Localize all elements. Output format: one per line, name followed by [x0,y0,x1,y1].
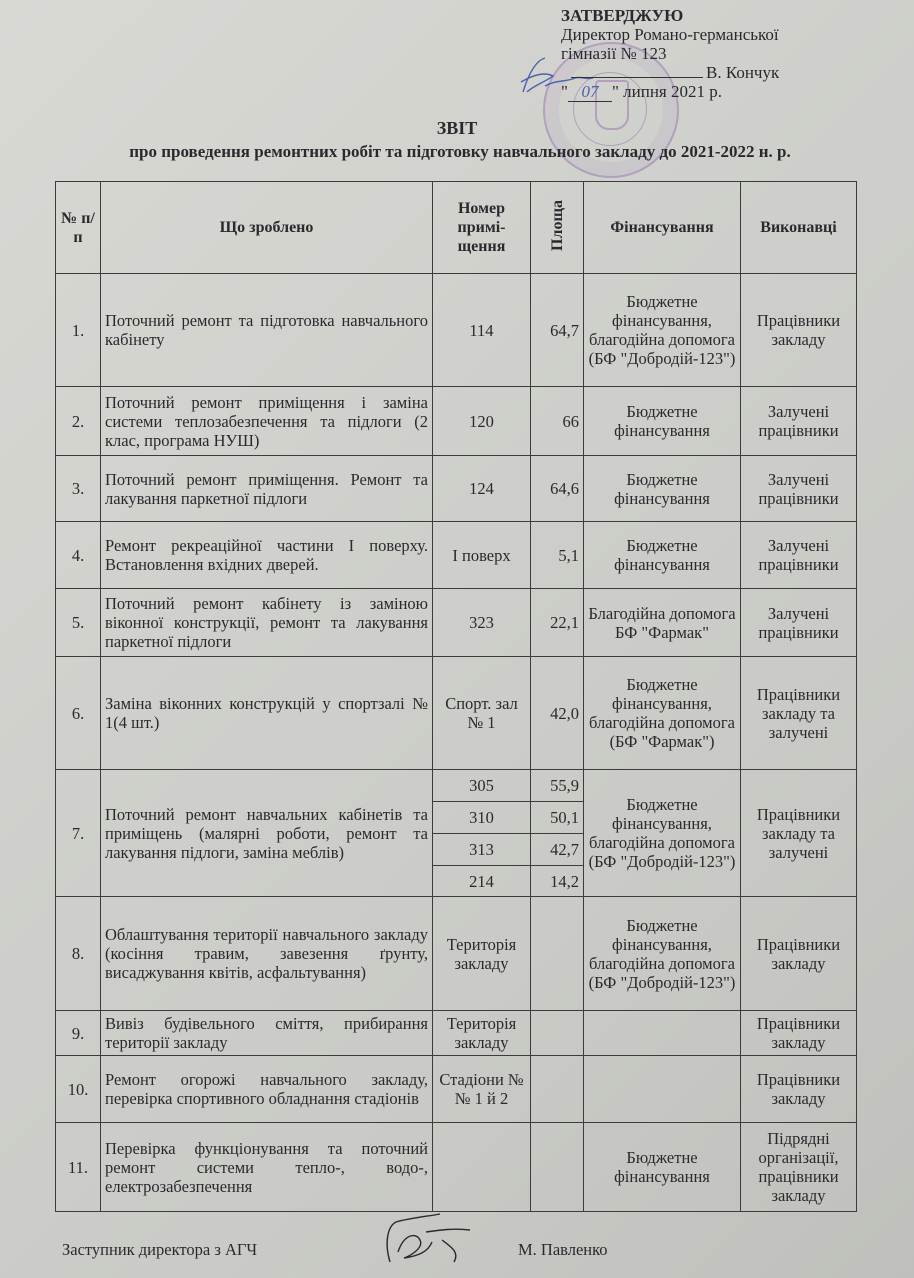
row-room: 124 [433,456,531,522]
row-area: 14,2 [531,866,584,897]
row-room: 114 [433,274,531,387]
table-row: 2.Поточний ремонт приміщення і заміна си… [56,387,857,456]
header-executors: Виконавці [741,182,857,274]
header-num: № п/п [56,182,101,274]
row-financing: Благодійна допомога БФ "Фармак" [584,589,741,657]
row-room: 120 [433,387,531,456]
row-what: Заміна віконних конструкцій у спортзалі … [101,657,433,770]
row-num: 2. [56,387,101,456]
row-room: 305 [433,770,531,802]
deputy-signature [370,1212,480,1268]
row-area: 42,7 [531,834,584,866]
row-num: 9. [56,1011,101,1056]
row-financing: Бюджетне фінансування, благодійна допомо… [584,770,741,897]
row-room [433,1123,531,1212]
row-area: 5,1 [531,522,584,589]
header-area: Площа [531,182,584,274]
row-executors: Залучені працівники [741,456,857,522]
row-financing: Бюджетне фінансування, благодійна допомо… [584,274,741,387]
row-what: Поточний ремонт приміщення і заміна сист… [101,387,433,456]
row-num: 8. [56,897,101,1011]
row-financing: Бюджетне фінансування [584,387,741,456]
row-what: Ремонт рекреаційної частини І поверху. В… [101,522,433,589]
row-area [531,1056,584,1123]
row-area: 64,6 [531,456,584,522]
row-room: 214 [433,866,531,897]
row-financing: Бюджетне фінансування, благодійна допомо… [584,897,741,1011]
table-row: 10.Ремонт огорожі навчального закладу, п… [56,1056,857,1123]
row-area: 50,1 [531,802,584,834]
row-executors: Працівники закладу [741,1056,857,1123]
row-executors: Підрядні організації, працівники закладу [741,1123,857,1212]
row-executors: Працівники закладу [741,274,857,387]
table-row: 5.Поточний ремонт кабінету із заміною ві… [56,589,857,657]
table-row: 6.Заміна віконних конструкцій у спортзал… [56,657,857,770]
row-room: Стадіони №№ 1 й 2 [433,1056,531,1123]
row-area: 42,0 [531,657,584,770]
row-financing: Бюджетне фінансування [584,1123,741,1212]
row-executors: Залучені працівники [741,522,857,589]
row-what: Поточний ремонт та підготовка навчальног… [101,274,433,387]
row-executors: Працівники закладу та залучені [741,657,857,770]
row-area [531,1123,584,1212]
row-what: Облаштування території навчального закла… [101,897,433,1011]
table-row: 11.Перевірка функціонування та поточний … [56,1123,857,1212]
table-row: 9.Вивіз будівельного сміття, прибирання … [56,1011,857,1056]
row-area: 66 [531,387,584,456]
row-room: 313 [433,834,531,866]
approval-signatory: В. Кончук [706,63,779,82]
approval-position-1: Директор Романо-германської [561,25,779,44]
row-what: Ремонт огорожі навчального закладу, пере… [101,1056,433,1123]
table-row: 1.Поточний ремонт та підготовка навчальн… [56,274,857,387]
row-room: Територія закладу [433,1011,531,1056]
table-row: 3.Поточний ремонт приміщення. Ремонт та … [56,456,857,522]
table-row: 4.Ремонт рекреаційної частини І поверху.… [56,522,857,589]
row-num: 6. [56,657,101,770]
row-area: 64,7 [531,274,584,387]
row-room: 323 [433,589,531,657]
row-executors: Працівники закладу та залучені [741,770,857,897]
report-table: № п/п Що зроблено Номер примі-щення Площ… [55,181,857,1212]
row-what: Вивіз будівельного сміття, прибирання те… [101,1011,433,1056]
approval-date-rest: липня 2021 р. [623,82,722,101]
row-financing: Бюджетне фінансування, благодійна допомо… [584,657,741,770]
row-executors: Залучені працівники [741,589,857,657]
row-num: 3. [56,456,101,522]
row-what: Перевірка функціонування та поточний рем… [101,1123,433,1212]
row-room: І поверх [433,522,531,589]
table-row: 8.Облаштування території навчального зак… [56,897,857,1011]
row-what: Поточний ремонт кабінету із заміною віко… [101,589,433,657]
header-room: Номер примі-щення [433,182,531,274]
row-room: Спорт. зал № 1 [433,657,531,770]
approval-block: ЗАТВЕРДЖУЮ Директор Романо-германської г… [561,6,779,102]
row-num: 4. [56,522,101,589]
approval-position-2: гімназії № 123 [561,44,779,63]
row-executors: Працівники закладу [741,897,857,1011]
row-area [531,897,584,1011]
row-num: 10. [56,1056,101,1123]
row-financing [584,1011,741,1056]
row-num: 5. [56,589,101,657]
report-title: ЗВІТ [0,118,914,139]
report-subtitle: про проведення ремонтних робіт та підгот… [40,142,880,162]
approval-title: ЗАТВЕРДЖУЮ [561,6,779,25]
row-financing: Бюджетне фінансування [584,522,741,589]
row-num: 1. [56,274,101,387]
row-what: Поточний ремонт приміщення. Ремонт та ла… [101,456,433,522]
footer-name: М. Павленко [518,1240,608,1260]
table-row: 7.Поточний ремонт навчальних кабінетів т… [56,770,857,802]
row-room: Територія закладу [433,897,531,1011]
row-financing: Бюджетне фінансування [584,456,741,522]
row-what: Поточний ремонт навчальних кабінетів та … [101,770,433,897]
row-executors: Працівники закладу [741,1011,857,1056]
row-area: 22,1 [531,589,584,657]
footer-position: Заступник директора з АГЧ [62,1240,257,1260]
row-num: 11. [56,1123,101,1212]
table-header-row: № п/п Що зроблено Номер примі-щення Площ… [56,182,857,274]
row-executors: Залучені працівники [741,387,857,456]
row-room: 310 [433,802,531,834]
approval-date-day: 07 [568,82,612,102]
row-area [531,1011,584,1056]
row-financing [584,1056,741,1123]
header-financing: Фінансування [584,182,741,274]
row-area: 55,9 [531,770,584,802]
row-num: 7. [56,770,101,897]
signature-line [571,63,703,78]
header-what: Що зроблено [101,182,433,274]
